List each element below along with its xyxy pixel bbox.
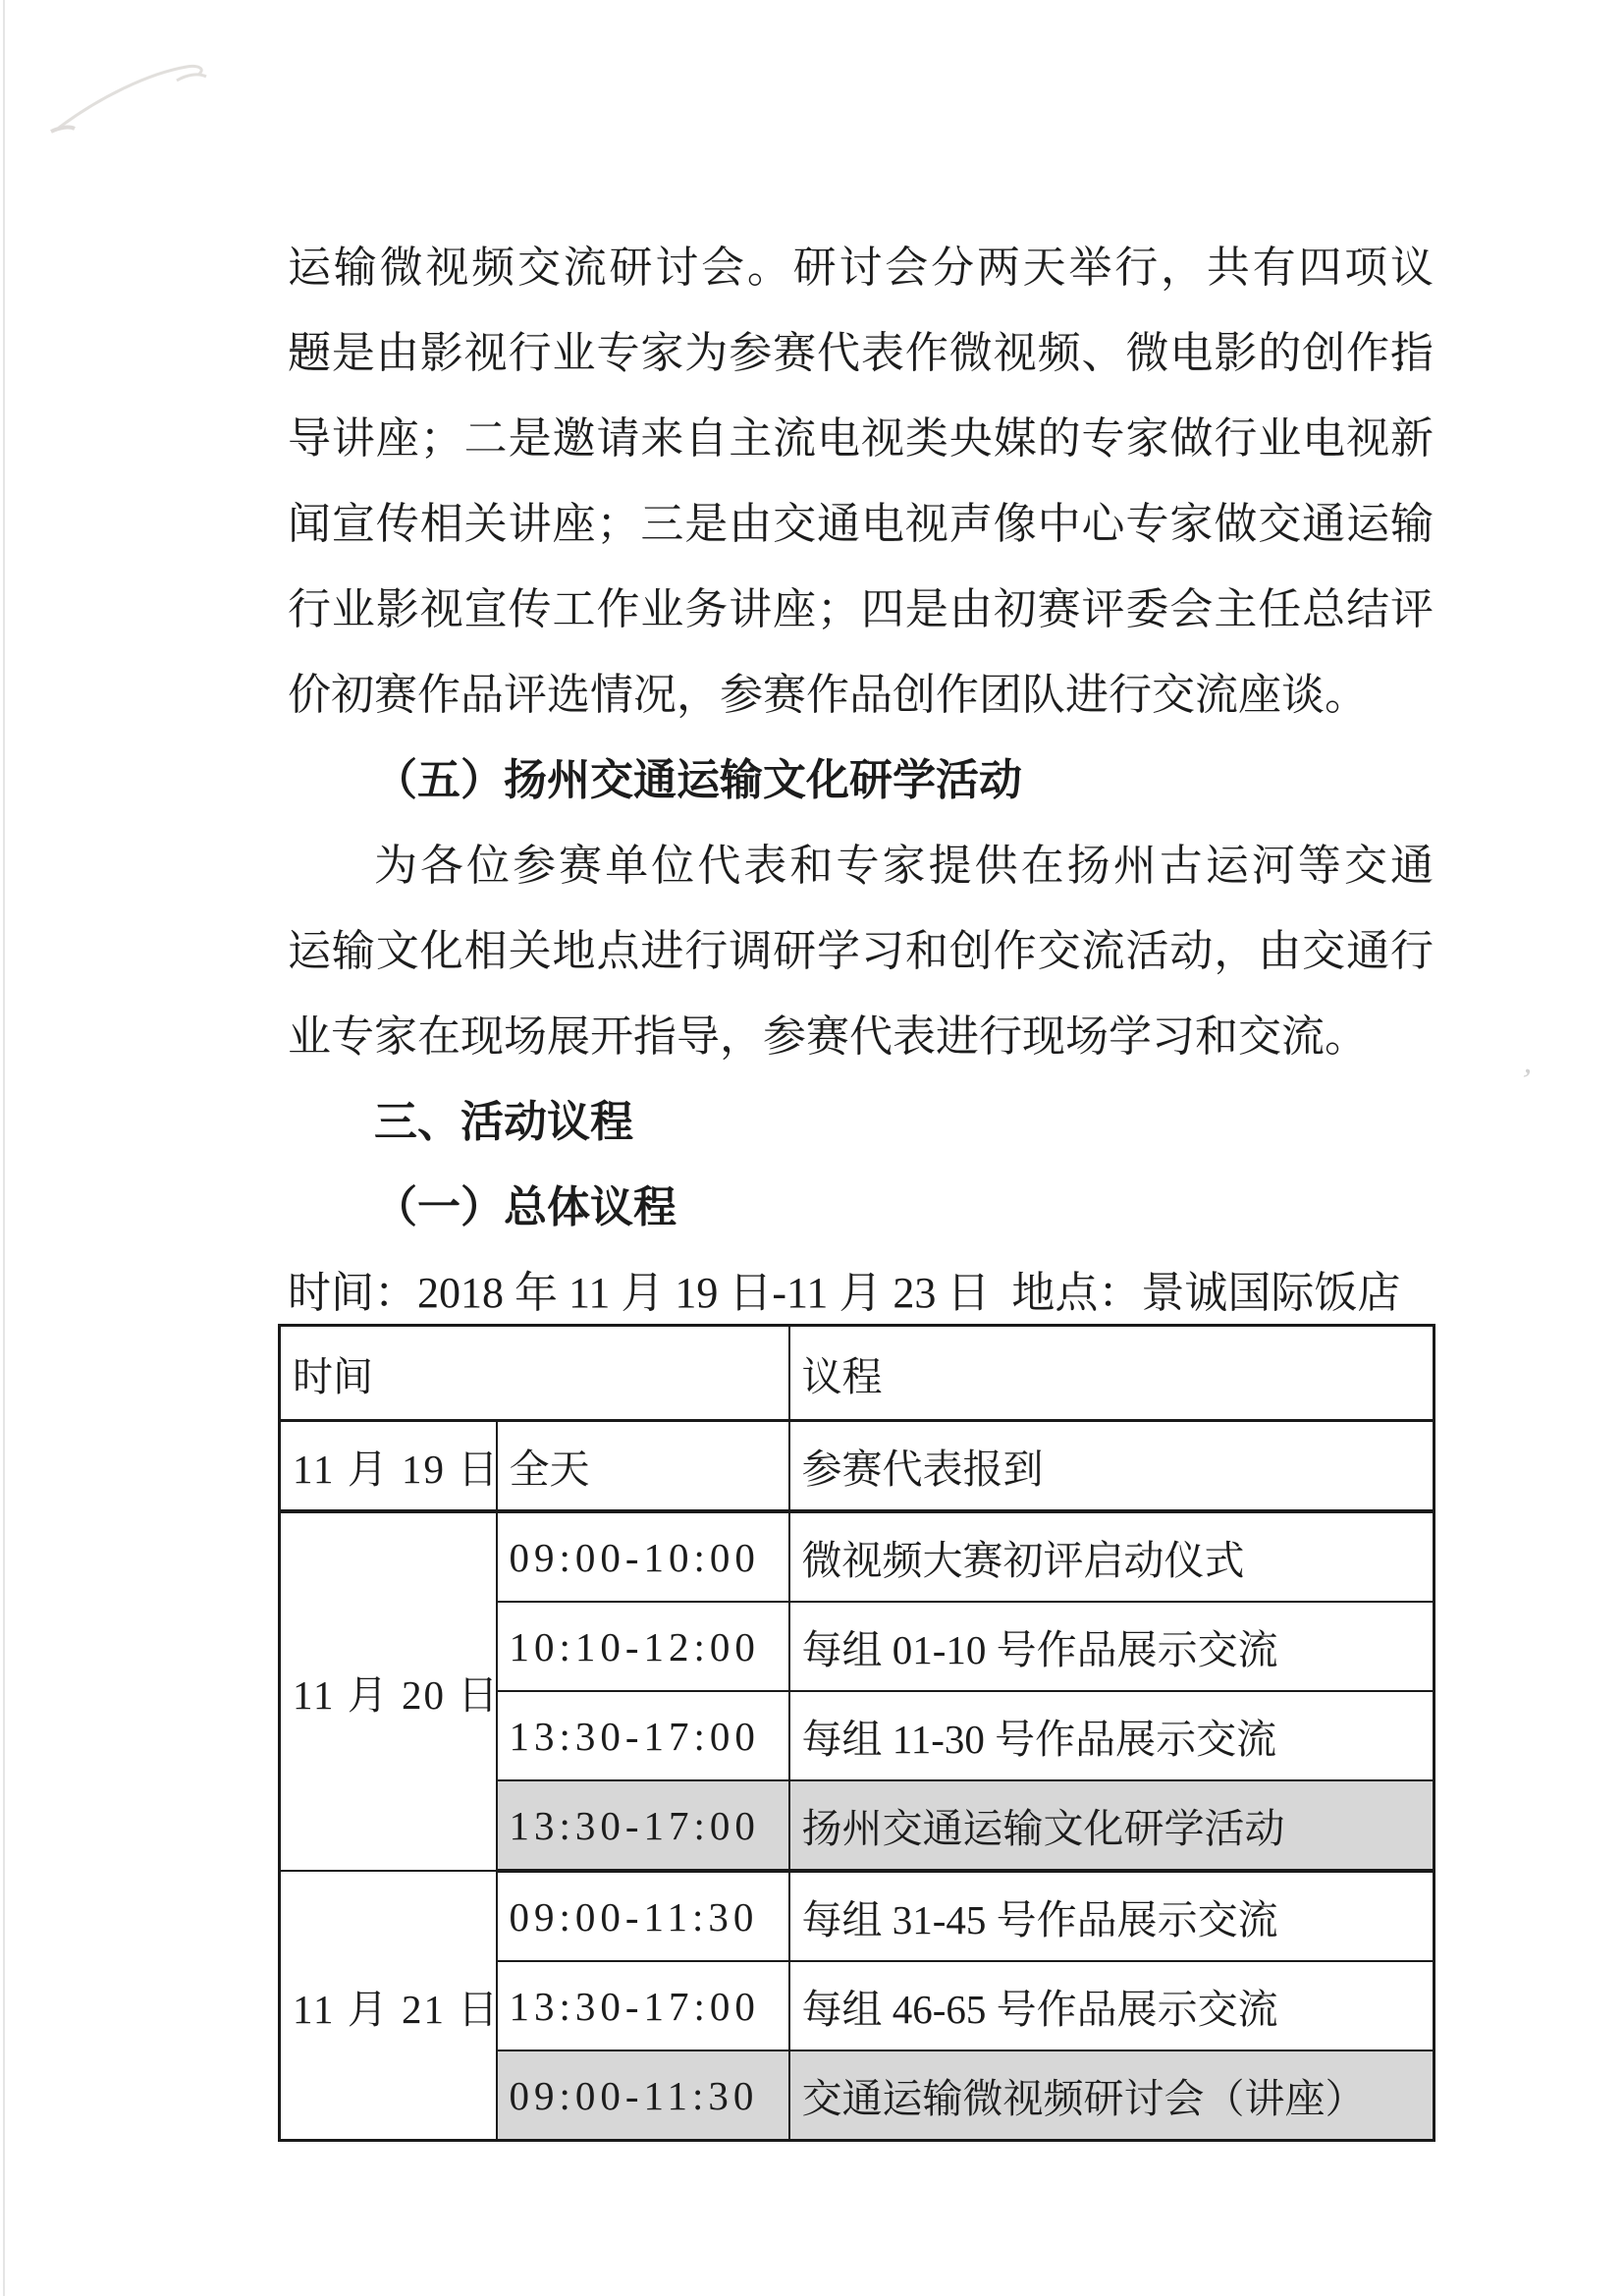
date-cell: 11 月 21 日 bbox=[280, 1871, 497, 2141]
time-cell: 09:00-11:30 bbox=[497, 2050, 789, 2141]
paragraph-line: 行业影视宣传工作业务讲座；四是由初赛评委会主任总结评 bbox=[288, 567, 1434, 652]
schedule-meta-line: 时间：2018 年 11 月 19 日-11 月 23 日 地点：景诚国际饭店 bbox=[288, 1250, 1434, 1336]
paragraph-line: 业专家在现场展开指导，参赛代表进行现场学习和交流。 bbox=[288, 994, 1434, 1079]
agenda-cell: 参赛代表报到 bbox=[789, 1421, 1435, 1512]
section3-heading: 三、活动议程 bbox=[288, 1079, 1434, 1165]
agenda-cell: 微视频大赛初评启动仪式 bbox=[789, 1511, 1435, 1602]
date-cell: 11 月 20 日 bbox=[280, 1511, 497, 1871]
agenda-cell: 每组 46-65 号作品展示交流 bbox=[789, 1961, 1435, 2050]
agenda-cell: 每组 01-10 号作品展示交流 bbox=[789, 1602, 1435, 1691]
paragraph-line: 导讲座；二是邀请来自主流电视类央媒的专家做行业电视新 bbox=[288, 396, 1434, 481]
section5-heading: （五）扬州交通运输文化研学活动 bbox=[288, 738, 1434, 823]
paragraph-line: 运输文化相关地点进行调研学习和创作交流活动，由交通行 bbox=[288, 908, 1434, 994]
document-page: ’ 运输微视频交流研讨会。研讨会分两天举行，共有四项议题： 一是由影视行业专家为… bbox=[0, 0, 1624, 2296]
table-row: 11 月 20 日 09:00-10:00 微视频大赛初评启动仪式 bbox=[280, 1511, 1435, 1602]
time-cell: 09:00-10:00 bbox=[497, 1511, 789, 1602]
schedule-table: 时间 议程 11 月 19 日 全天 参赛代表报到 11 月 20 日 09:0… bbox=[278, 1324, 1435, 2142]
time-cell: 13:30-17:00 bbox=[497, 1691, 789, 1780]
header-time-cell: 时间 bbox=[280, 1326, 789, 1421]
agenda-cell: 每组 31-45 号作品展示交流 bbox=[789, 1871, 1435, 1961]
agenda-cell: 交通运输微视频研讨会（讲座） bbox=[789, 2050, 1435, 2141]
paragraph-line: 为各位参赛单位代表和专家提供在扬州古运河等交通 bbox=[288, 823, 1434, 908]
header-agenda-cell: 议程 bbox=[789, 1326, 1435, 1421]
table-header-row: 时间 议程 bbox=[280, 1326, 1435, 1421]
agenda-cell: 每组 11-30 号作品展示交流 bbox=[789, 1691, 1435, 1780]
body-text: 运输微视频交流研讨会。研讨会分两天举行，共有四项议题： 一是由影视行业专家为参赛… bbox=[288, 225, 1434, 1336]
paragraph-line: 闻宣传相关讲座；三是由交通电视声像中心专家做交通运输 bbox=[288, 481, 1434, 567]
time-cell: 13:30-17:00 bbox=[497, 1780, 789, 1871]
time-cell: 13:30-17:00 bbox=[497, 1961, 789, 2050]
table-row: 11 月 21 日 09:00-11:30 每组 31-45 号作品展示交流 bbox=[280, 1871, 1435, 1961]
table-row: 11 月 19 日 全天 参赛代表报到 bbox=[280, 1421, 1435, 1512]
paragraph-line: 一是由影视行业专家为参赛代表作微视频、微电影的创作指 bbox=[288, 310, 1434, 396]
scan-edge-artifact bbox=[3, 0, 5, 2296]
smudge-artifact: ’ bbox=[1516, 1062, 1535, 1101]
paragraph-line: 运输微视频交流研讨会。研讨会分两天举行，共有四项议题： bbox=[288, 225, 1434, 310]
pencil-scribble-artifact bbox=[39, 29, 363, 157]
time-cell: 09:00-11:30 bbox=[497, 1871, 789, 1961]
time-cell: 全天 bbox=[497, 1421, 789, 1512]
time-cell: 10:10-12:00 bbox=[497, 1602, 789, 1691]
paragraph-line: 价初赛作品评选情况，参赛作品创作团队进行交流座谈。 bbox=[288, 652, 1434, 738]
agenda-cell: 扬州交通运输文化研学活动 bbox=[789, 1780, 1435, 1871]
subsection1-heading: （一）总体议程 bbox=[288, 1165, 1434, 1250]
date-cell: 11 月 19 日 bbox=[280, 1421, 497, 1512]
